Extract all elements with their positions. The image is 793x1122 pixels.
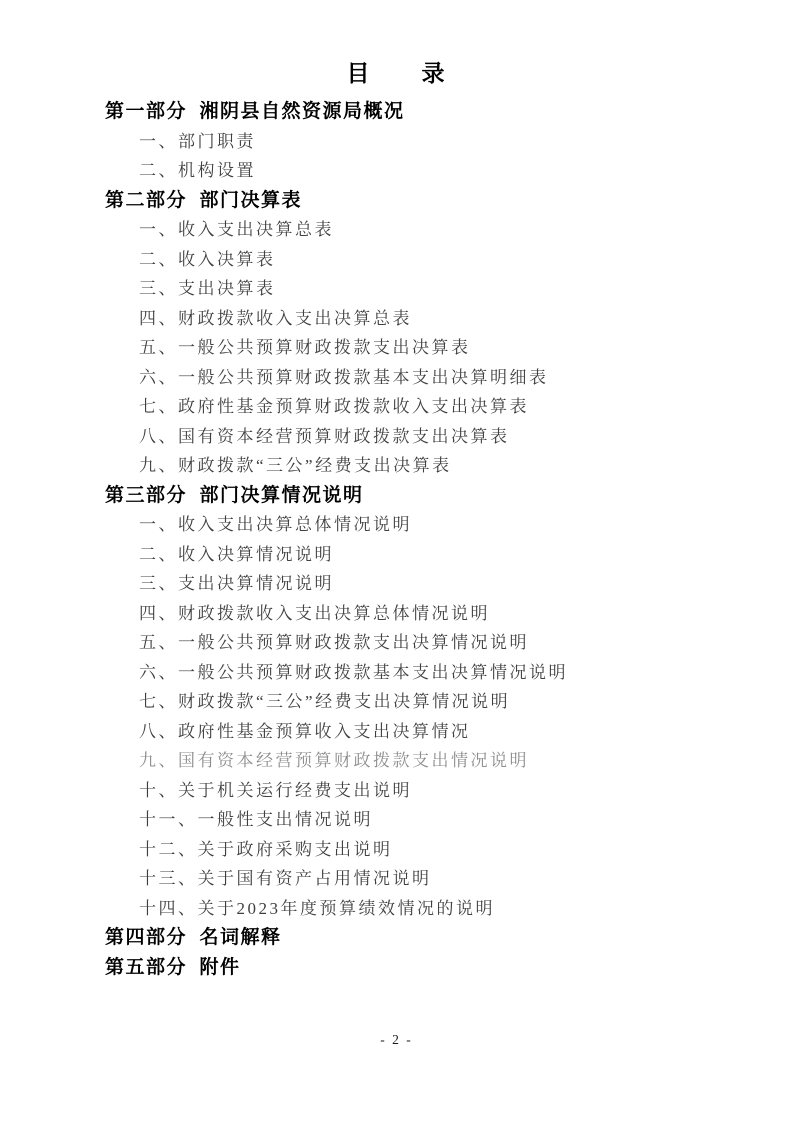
table-of-contents: 第一部分 湘阴县自然资源局概况 一、部门职责 二、机构设置 第二部分 部门决算表… xyxy=(105,97,725,982)
page-number: - 2 - xyxy=(0,1032,793,1048)
toc-item: 三、支出决算表 xyxy=(105,274,725,304)
toc-item: 六、一般公共预算财政拨款基本支出决算明细表 xyxy=(105,363,725,393)
toc-item: 十二、关于政府采购支出说明 xyxy=(105,835,725,865)
toc-item: 五、一般公共预算财政拨款支出决算表 xyxy=(105,333,725,363)
section-header-part4: 第四部分 名词解释 xyxy=(105,923,725,953)
toc-item: 一、部门职责 xyxy=(105,127,725,157)
toc-item: 七、政府性基金预算财政拨款收入支出决算表 xyxy=(105,392,725,422)
toc-item: 八、国有资本经营预算财政拨款支出决算表 xyxy=(105,422,725,452)
toc-item: 十四、关于2023年度预算绩效情况的说明 xyxy=(105,894,725,924)
toc-item: 二、机构设置 xyxy=(105,156,725,186)
section-header-part2: 第二部分 部门决算表 xyxy=(105,186,725,216)
document-page: 目 录 第一部分 湘阴县自然资源局概况 一、部门职责 二、机构设置 第二部分 部… xyxy=(0,0,793,1122)
toc-item: 八、政府性基金预算收入支出决算情况 xyxy=(105,717,725,747)
toc-item: 二、收入决算表 xyxy=(105,245,725,275)
toc-item: 四、财政拨款收入支出决算总体情况说明 xyxy=(105,599,725,629)
toc-item: 一、收入支出决算总体情况说明 xyxy=(105,510,725,540)
toc-title: 目 录 xyxy=(0,55,793,88)
toc-item: 十三、关于国有资产占用情况说明 xyxy=(105,864,725,894)
section-header-part1: 第一部分 湘阴县自然资源局概况 xyxy=(105,97,725,127)
toc-item: 二、收入决算情况说明 xyxy=(105,540,725,570)
toc-item: 三、支出决算情况说明 xyxy=(105,569,725,599)
toc-item: 十、关于机关运行经费支出说明 xyxy=(105,776,725,806)
toc-item: 十一、一般性支出情况说明 xyxy=(105,805,725,835)
toc-item: 九、财政拨款“三公”经费支出决算表 xyxy=(105,451,725,481)
toc-item: 五、一般公共预算财政拨款支出决算情况说明 xyxy=(105,628,725,658)
toc-item: 七、财政拨款“三公”经费支出决算情况说明 xyxy=(105,687,725,717)
toc-item: 一、收入支出决算总表 xyxy=(105,215,725,245)
section-header-part5: 第五部分 附件 xyxy=(105,953,725,983)
toc-item: 九、国有资本经营预算财政拨款支出情况说明 xyxy=(105,746,725,776)
toc-item: 四、财政拨款收入支出决算总表 xyxy=(105,304,725,334)
toc-item: 六、一般公共预算财政拨款基本支出决算情况说明 xyxy=(105,658,725,688)
section-header-part3: 第三部分 部门决算情况说明 xyxy=(105,481,725,511)
